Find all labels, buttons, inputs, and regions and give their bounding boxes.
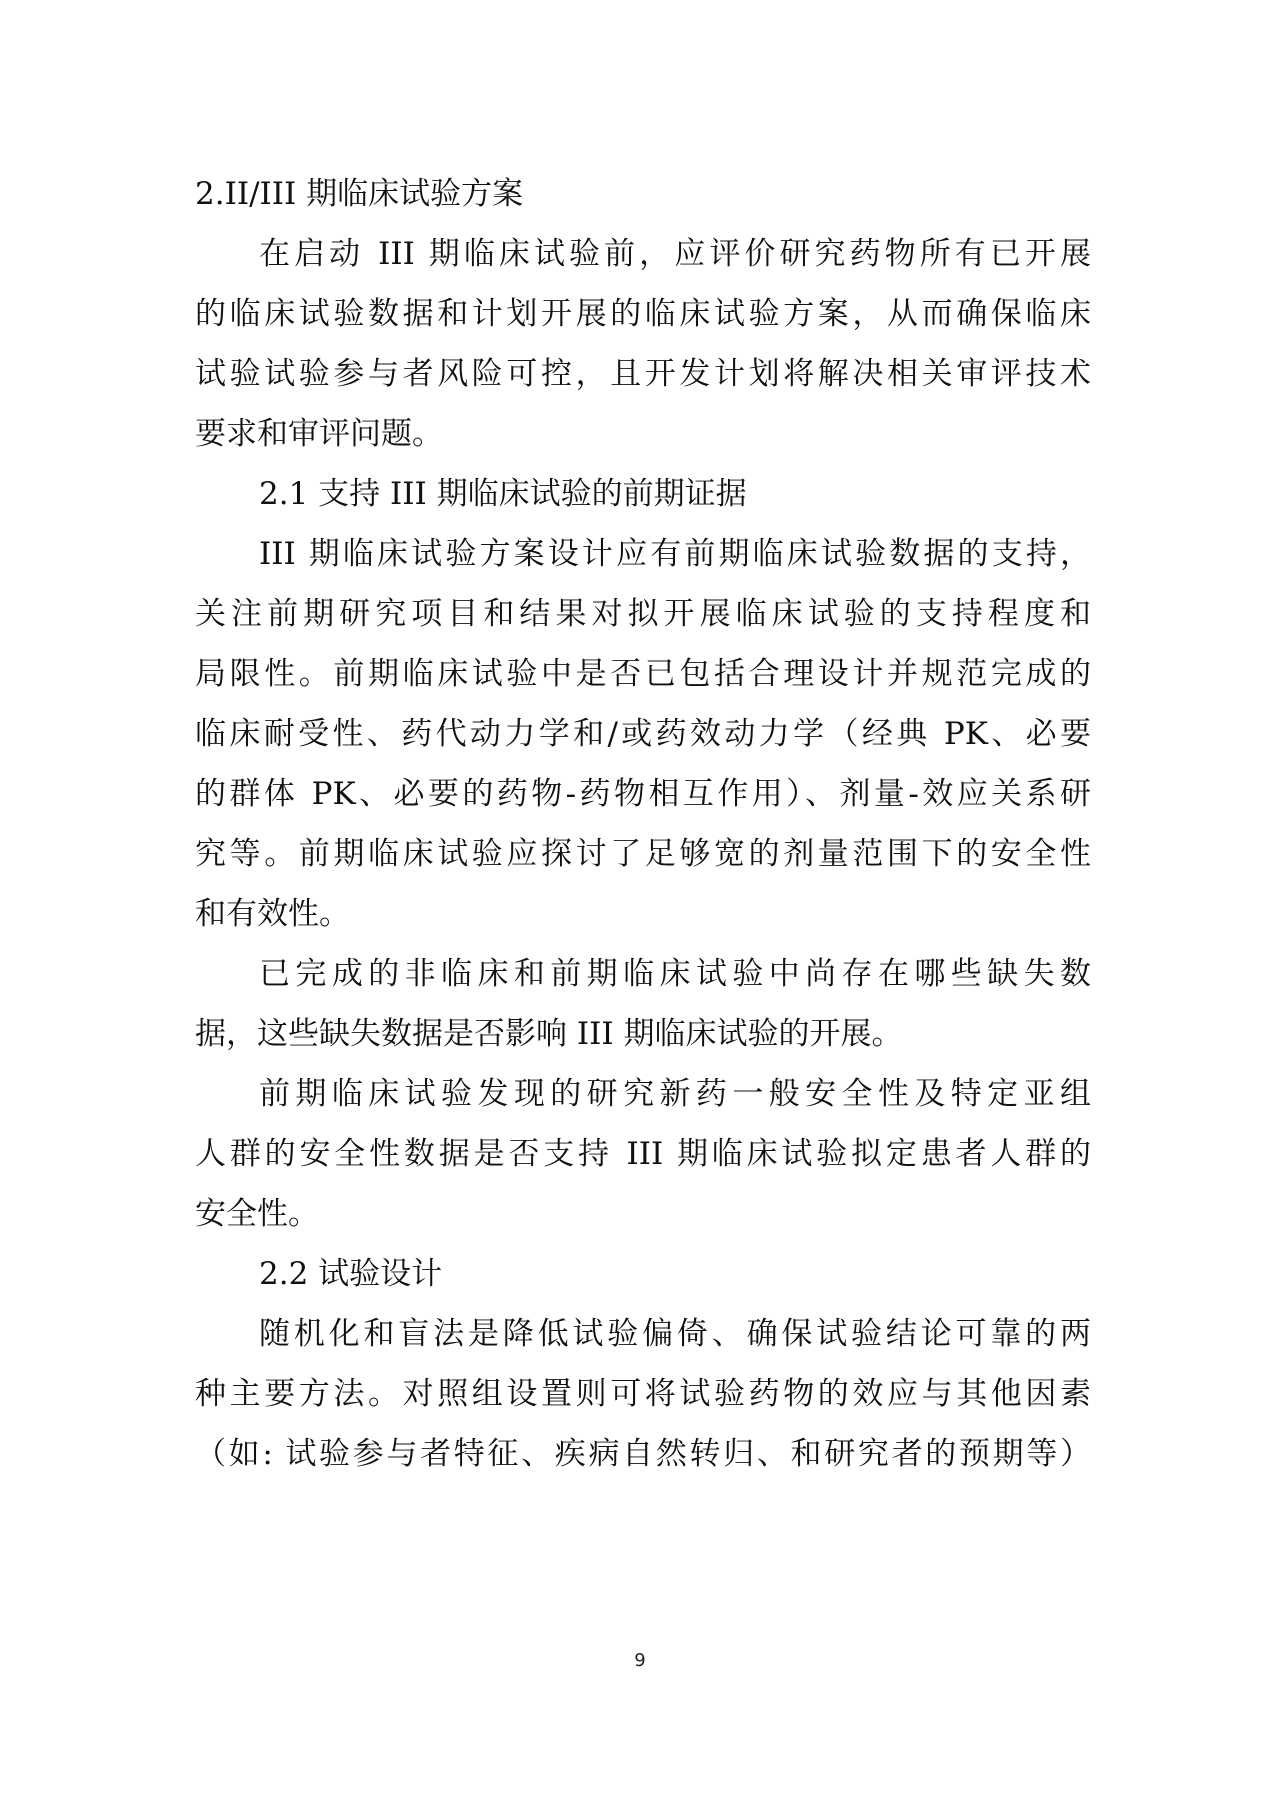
- paragraph-line: 和有效性。: [195, 884, 1091, 944]
- subsection-2-2-title: 2.2 试验设计: [195, 1244, 1091, 1304]
- intro-paragraph: 在启动 III 期临床试验前，应评价研究药物所有已开展 的临床试验数据和计划开展…: [195, 224, 1091, 464]
- paragraph-line: 随机化和盲法是降低试验偏倚、确保试验结论可靠的两: [195, 1304, 1091, 1364]
- subsection-2-1-title: 2.1 支持 III 期临床试验的前期证据: [195, 464, 1091, 524]
- paragraph-line: 的临床试验数据和计划开展的临床试验方案，从而确保临床: [195, 284, 1091, 344]
- paragraph-line: 究等。前期临床试验应探讨了足够宽的剂量范围下的安全性: [195, 824, 1091, 884]
- paragraph-line: 在启动 III 期临床试验前，应评价研究药物所有已开展: [195, 224, 1091, 284]
- paragraph-missing-data: 已完成的非临床和前期临床试验中尚存在哪些缺失数 据，这些缺失数据是否影响 III…: [195, 944, 1091, 1064]
- document-page: 2.II/III 期临床试验方案 在启动 III 期临床试验前，应评价研究药物所…: [195, 164, 1091, 1484]
- section-title: 2.II/III 期临床试验方案: [195, 164, 1091, 224]
- paragraph-line: 种主要方法。对照组设置则可将试验药物的效应与其他因素: [195, 1364, 1091, 1424]
- paragraph-line: 人群的安全性数据是否支持 III 期临床试验拟定患者人群的: [195, 1124, 1091, 1184]
- paragraph-line: III 期临床试验方案设计应有前期临床试验数据的支持，: [195, 524, 1091, 584]
- paragraph-line: 关注前期研究项目和结果对拟开展临床试验的支持程度和: [195, 584, 1091, 644]
- paragraph-prior-evidence: III 期临床试验方案设计应有前期临床试验数据的支持， 关注前期研究项目和结果对…: [195, 524, 1091, 944]
- paragraph-line: 的群体 PK、必要的药物-药物相互作用）、剂量-效应关系研: [195, 764, 1091, 824]
- paragraph-line: （如: 试验参与者特征、疾病自然转归、和研究者的预期等）: [195, 1424, 1091, 1484]
- paragraph-line: 局限性。前期临床试验中是否已包括合理设计并规范完成的: [195, 644, 1091, 704]
- paragraph-line: 已完成的非临床和前期临床试验中尚存在哪些缺失数: [195, 944, 1091, 1004]
- paragraph-line: 安全性。: [195, 1184, 1091, 1244]
- paragraph-trial-design: 随机化和盲法是降低试验偏倚、确保试验结论可靠的两 种主要方法。对照组设置则可将试…: [195, 1304, 1091, 1484]
- paragraph-line: 临床耐受性、药代动力学和/或药效动力学（经典 PK、必要: [195, 704, 1091, 764]
- page-number: 9: [0, 1650, 1280, 1671]
- paragraph-line: 据，这些缺失数据是否影响 III 期临床试验的开展。: [195, 1004, 1091, 1064]
- paragraph-safety-data: 前期临床试验发现的研究新药一般安全性及特定亚组 人群的安全性数据是否支持 III…: [195, 1064, 1091, 1244]
- paragraph-line: 试验试验参与者风险可控，且开发计划将解决相关审评技术: [195, 344, 1091, 404]
- paragraph-line: 要求和审评问题。: [195, 404, 1091, 464]
- paragraph-line: 前期临床试验发现的研究新药一般安全性及特定亚组: [195, 1064, 1091, 1124]
